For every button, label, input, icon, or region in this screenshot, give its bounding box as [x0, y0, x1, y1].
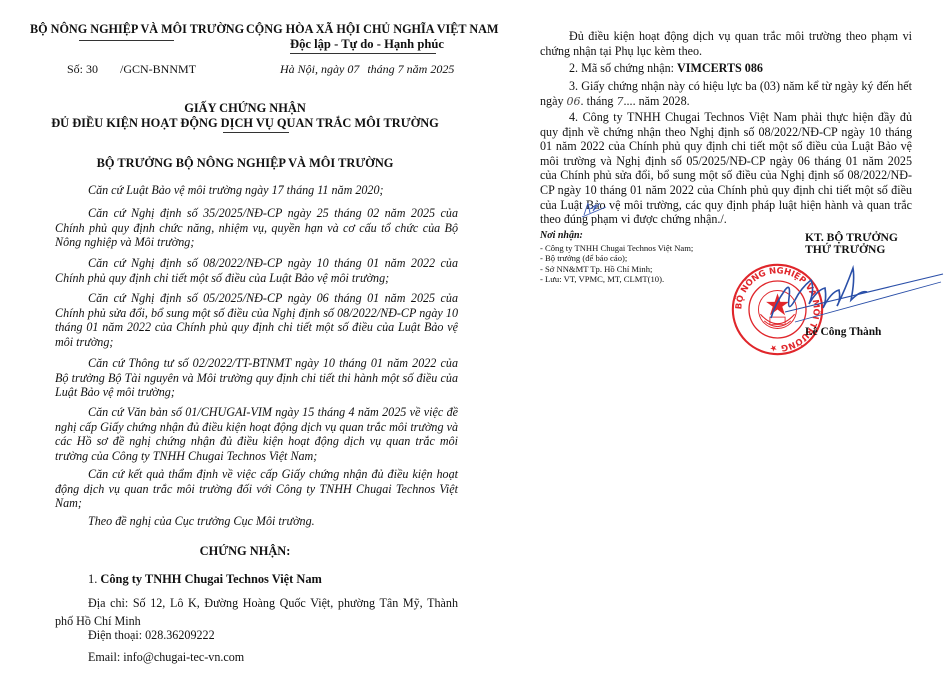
national-title: CỘNG HÒA XÃ HỘI CHỦ NGHĨA VIỆT NAM [246, 22, 498, 37]
certification-scope: Đủ điều kiện hoạt động dịch vụ quan trắc… [540, 29, 912, 58]
validity-mid: . tháng [581, 94, 617, 108]
signer-role-line2: THỨ TRƯỞNG [805, 243, 885, 256]
recipient-item: - Bộ trưởng (để báo cáo); [540, 253, 693, 263]
signer-name: Lê Công Thành [805, 326, 881, 338]
recipients-label: Nơi nhận: [540, 230, 583, 241]
preamble-clause: Căn cứ Nghị định số 08/2022/NĐ-CP ngày 1… [55, 256, 458, 285]
validity-end: .... năm 2028. [624, 94, 690, 108]
initials-mark-icon [580, 197, 608, 219]
motto-underline [290, 53, 436, 54]
company-address: Địa chỉ: Số 12, Lô K, Đường Hoàng Quốc V… [55, 595, 458, 630]
company-email: Email: info@chugai-tec-vn.com [88, 650, 244, 665]
cert-code: VIMCERTS 086 [677, 61, 763, 75]
validity-month: 7 [617, 95, 624, 108]
place-date-month-year: tháng 7 năm 2025 [367, 62, 454, 76]
certificate-subtitle: ĐỦ ĐIỀU KIỆN HOẠT ĐỘNG DỊCH VỤ QUAN TRẮC… [0, 116, 490, 131]
preamble-clause: Theo đề nghị của Cục trưởng Cục Môi trườ… [55, 514, 458, 529]
recipient-item: - Công ty TNHH Chugai Technos Việt Nam; [540, 243, 693, 253]
national-motto: Độc lập - Tự do - Hạnh phúc [290, 37, 444, 52]
preamble-clause: Căn cứ kết quả thẩm định về việc cấp Giấ… [55, 467, 458, 511]
place-date: Hà Nội, ngày 07tháng 7 năm 2025 [280, 62, 454, 77]
certificate-page-1: BỘ NÔNG NGHIỆP VÀ MÔI TRƯỜNG CỘNG HÒA XÃ… [0, 0, 490, 689]
issuing-ministry: BỘ NÔNG NGHIỆP VÀ MÔI TRƯỜNG [30, 22, 244, 37]
preamble-clause: Căn cứ Nghị định số 35/2025/NĐ-CP ngày 2… [55, 206, 458, 250]
place-date-day: Hà Nội, ngày 07 [280, 62, 359, 76]
company-phone: Điện thoại: 028.36209222 [88, 628, 215, 643]
company-name-line: 1. Công ty TNHH Chugai Technos Việt Nam [88, 572, 322, 587]
certify-heading: CHỨNG NHẬN: [0, 544, 490, 559]
preamble-clause: Căn cứ Nghị định số 05/2025/NĐ-CP ngày 0… [55, 291, 458, 349]
company-name: Công ty TNHH Chugai Technos Việt Nam [100, 572, 321, 586]
document-number: Số: 30/GCN-BNNMT [67, 62, 196, 77]
issuing-authority: BỘ TRƯỞNG BỘ NÔNG NGHIỆP VÀ MÔI TRƯỜNG [0, 156, 490, 171]
validity-day: 06 [567, 95, 581, 108]
validity-clause: 3. Giấy chứng nhận này có hiệu lực ba (0… [540, 79, 912, 109]
recipient-item: - Lưu: VT, VPMC, MT, CLMT(10). [540, 274, 693, 284]
cert-code-label: 2. Mã số chứng nhận: [569, 61, 677, 75]
signature-icon [765, 260, 945, 330]
certificate-code-line: 2. Mã số chứng nhận: VIMCERTS 086 [540, 61, 912, 76]
doc-number-prefix: Số: 30 [67, 62, 98, 76]
certificate-title: GIẤY CHỨNG NHẬN [0, 101, 490, 116]
preamble-clause: Căn cứ Thông tư số 02/2022/TT-BTNMT ngày… [55, 356, 458, 400]
preamble-clause: Căn cứ Luật Bảo vệ môi trường ngày 17 th… [55, 183, 458, 198]
preamble-clause: Căn cứ Văn bản số 01/CHUGAI-VIM ngày 15 … [55, 405, 458, 463]
item-number: 1. [88, 572, 97, 586]
title-underline [223, 132, 289, 133]
doc-number-suffix: /GCN-BNNMT [120, 62, 196, 76]
certificate-page-2: Đủ điều kiện hoạt động dịch vụ quan trắc… [495, 0, 948, 689]
ministry-underline [79, 40, 174, 41]
recipients-list: - Công ty TNHH Chugai Technos Việt Nam; … [540, 243, 693, 285]
recipient-item: - Sở NN&MT Tp. Hồ Chí Minh; [540, 264, 693, 274]
